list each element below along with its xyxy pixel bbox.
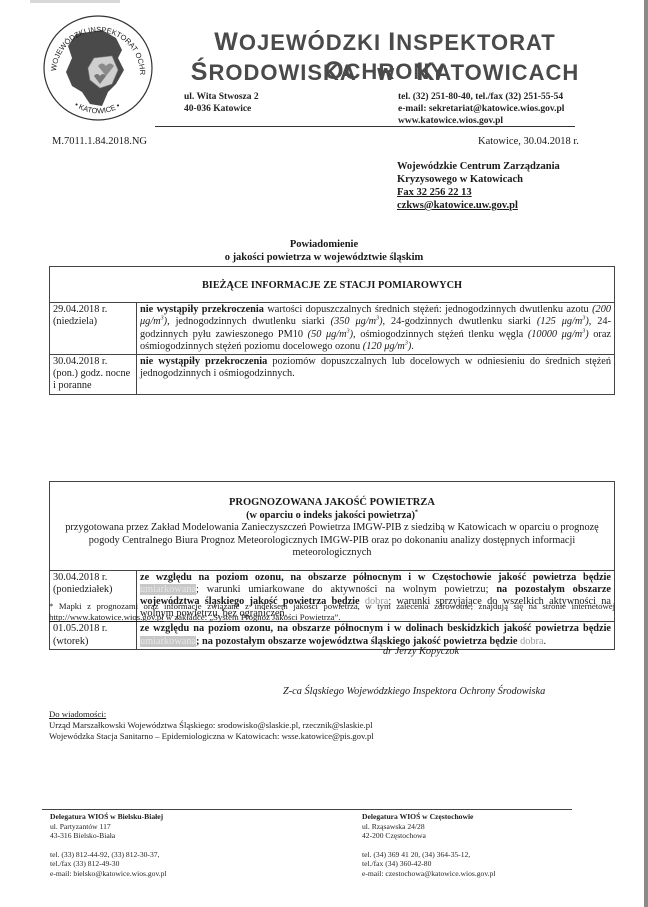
footer-divider (42, 809, 312, 810)
forecast-table: PROGNOZOWANA JAKOŚĆ POWIETRZA (w oparciu… (49, 481, 615, 650)
organization-name-line2: ŚRODOWISKA w KATOWICACH (150, 58, 620, 87)
table-row: 29.04.2018 r.(niedziela) nie wystąpiły p… (50, 303, 615, 355)
forecast-description: przygotowana przez Zakład Modelowania Za… (54, 522, 610, 560)
scan-artifact (30, 0, 120, 3)
header-contact: tel. (32) 251-80-40, tel./fax (32) 251-5… (398, 91, 564, 127)
current-info-heading: BIEŻĄCE INFORMACJE ZE STACJI POMIAROWYCH (50, 267, 615, 303)
table-row: 01.05.2018 r.(wtorek) ze względu na pozi… (50, 622, 615, 649)
cc-item: Wojewódzka Stacja Sanitarno – Epidemiolo… (49, 731, 374, 742)
place-date: Katowice, 30.04.2018 r. (478, 136, 579, 147)
footer-divider (312, 809, 572, 810)
forecast-heading-cell: PROGNOZOWANA JAKOŚĆ POWIETRZA (w oparciu… (50, 482, 615, 571)
forecast-subheading: (w oparciu o indeks jakości powietrza)* (54, 509, 610, 522)
footnote: * Mapki z prognozami oraz informacje zwi… (49, 601, 615, 623)
notice-title: Powiadomienie (0, 238, 648, 251)
current-info-table: BIEŻĄCE INFORMACJE ZE STACJI POMIAROWYCH… (49, 266, 615, 395)
website-link[interactable]: http://www.katowice.wios.gov.pl (49, 612, 164, 622)
air-quality-level-badge: dobra (520, 636, 543, 647)
header-address: ul. Wita Stwosza 2 40-036 Katowice (184, 91, 259, 115)
header-phone: tel. (32) 251-80-40, tel./fax (32) 251-5… (398, 91, 564, 103)
recipient-email[interactable]: czkws@katowice.uw.gov.pl (397, 199, 560, 212)
header-email[interactable]: e-mail: sekretariat@katowice.wios.gov.pl (398, 103, 564, 115)
recipient-block: Wojewódzkie Centrum Zarządzania Kryzysow… (397, 160, 560, 212)
cc-label: Do wiadomości: (49, 709, 374, 720)
branch-bielsko: Delegatura WIOŚ w Bielsku-Białej ul. Par… (50, 812, 167, 879)
air-quality-level-badge: umiarkowana (140, 636, 196, 647)
branch-email[interactable]: e-mail: bielsko@katowice.wios.gov.pl (50, 869, 167, 879)
forecast-heading: PROGNOZOWANA JAKOŚĆ POWIETRZA (54, 496, 610, 509)
signer-name: dr Jerzy Kopyczok (383, 646, 459, 657)
cc-list: Do wiadomości: Urząd Marszałkowski Wojew… (49, 709, 374, 742)
signer-role: Z-ca Śląskiego Wojewódzkiego Inspektora … (283, 686, 545, 697)
table-row: 30.04.2018 r.(pon.) godz. nocne i porann… (50, 355, 615, 395)
header-divider (155, 126, 575, 127)
branch-email[interactable]: e-mail: czestochowa@katowice.wios.gov.pl (362, 869, 495, 879)
notice-subtitle: o jakości powietrza w województwie śląsk… (0, 251, 648, 264)
page-edge (644, 0, 648, 907)
wios-katowice-seal-icon: WOJEWÓDZKI INSPEKTORAT OCHRONY ŚRODOWISK… (42, 14, 154, 122)
branch-czestochowa: Delegatura WIOŚ w Częstochowie ul. Rząsa… (362, 812, 495, 879)
recipient-fax: Fax 32 256 22 13 (397, 186, 560, 199)
air-quality-level-badge: umiarkowana (140, 584, 196, 595)
cc-item: Urząd Marszałkowski Województwa Śląskieg… (49, 720, 374, 731)
reference-number: M.7011.1.84.2018.NG (52, 136, 147, 147)
